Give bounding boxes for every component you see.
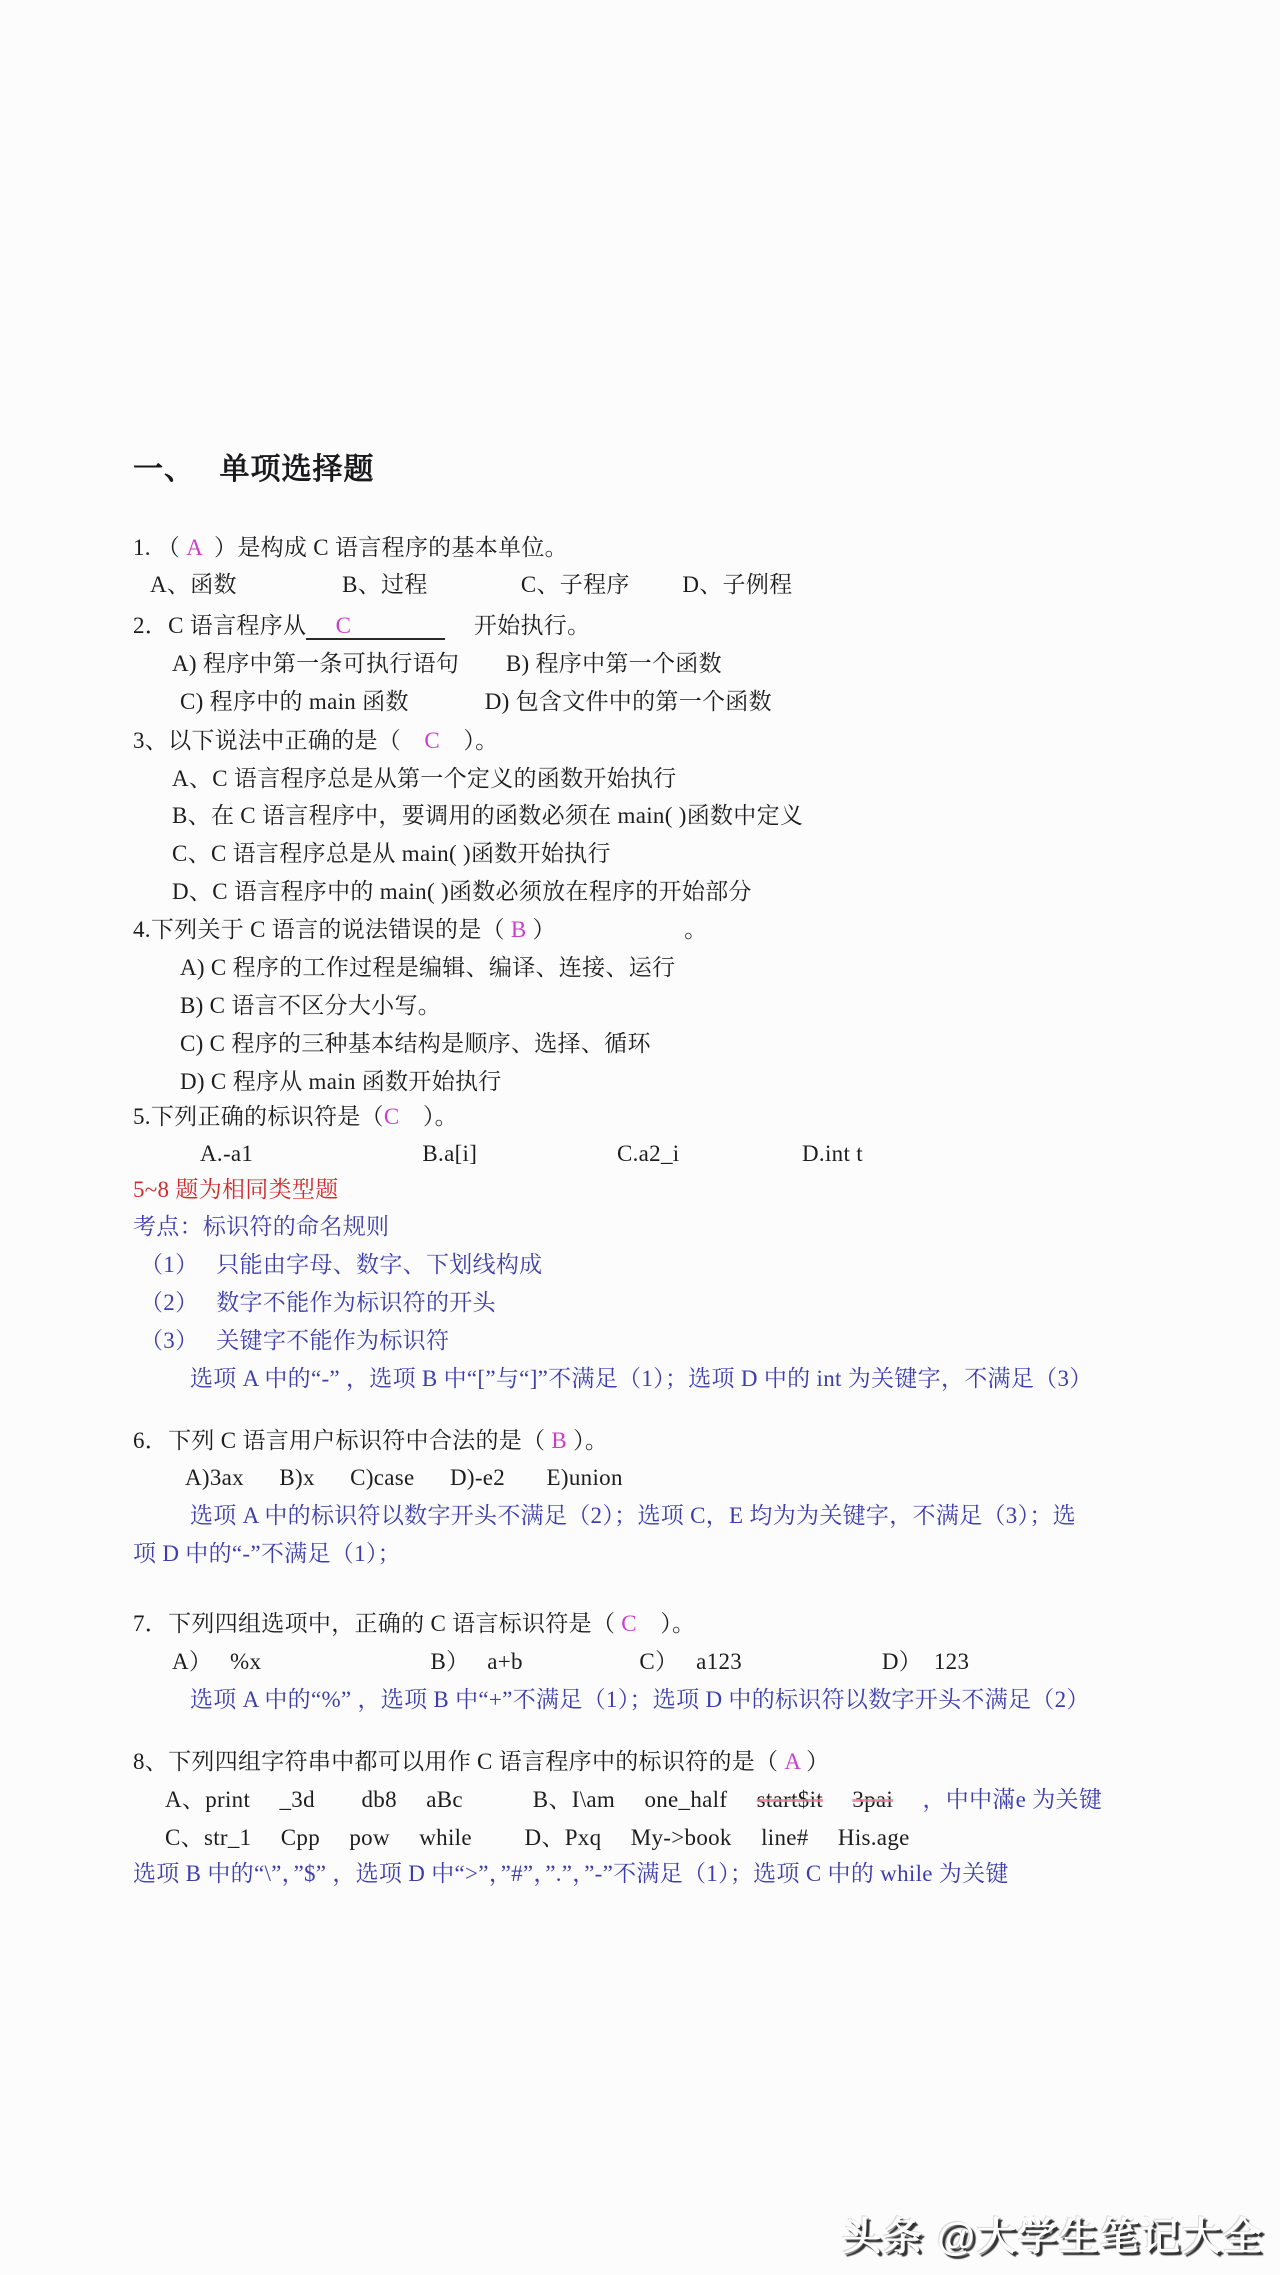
answer-letter: C [621, 1611, 637, 1636]
text-segment: A)3ax B)x C)case D)-e2 E)union [185, 1465, 623, 1490]
text-segment: 1. （ [133, 535, 186, 560]
text-segment: 项 D 中的“-”不满足（1）； [133, 1541, 401, 1566]
text-line: A、C 语言程序总是从第一个定义的函数开始执行 [172, 765, 677, 793]
text-segment: （1） 只能由字母、数字、下划线构成 [140, 1252, 542, 1277]
text-line: 5.下列正确的标识符是（C ）。 [133, 1103, 458, 1131]
text-segment: A、print _3d db8 aBc B、I\am one_half [165, 1787, 757, 1812]
text-segment: A、函数 B、过程 C、子程序 D、子例程 [150, 572, 792, 597]
text-line: 选项 A 中的“-” ，选项 B 中“[”与“]”不满足（1）；选项 D 中的 … [190, 1365, 1093, 1393]
text-line: A)3ax B)x C)case D)-e2 E)union [185, 1464, 623, 1492]
text-line: 选项 B 中的“\”，”$” ，选项 D 中“>”，”#”，”.”，”-”不满足… [133, 1860, 1009, 1888]
text-segment: ）是构成 C 语言程序的基本单位。 [202, 535, 568, 560]
text-line: B) C 语言不区分大小写。 [180, 992, 441, 1020]
text-segment: A、C 语言程序总是从第一个定义的函数开始执行 [172, 766, 677, 791]
watermark-text: 头条 @大学生笔记大全 [842, 2206, 1264, 2262]
text-segment: 2．C 语言程序从 [133, 613, 306, 638]
text-segment: A) 程序中第一条可执行语句 B) 程序中第一个函数 [172, 651, 722, 676]
answer-letter: B [551, 1428, 567, 1453]
text-segment [893, 1787, 922, 1812]
text-segment: C) 程序中的 main 函数 D) 包含文件中的第一个函数 [180, 689, 772, 714]
text-line: A） %x B） a+b C） a123 D） 123 [172, 1648, 969, 1676]
scanned-exam-page: 一、 单项选择题 1. （ A ）是构成 C 语言程序的基本单位。A、函数 B、… [0, 0, 1280, 2275]
text-line: C) 程序中的 main 函数 D) 包含文件中的第一个函数 [180, 688, 772, 716]
text-line: 7．下列四组选项中，正确的 C 语言标识符是（ C ）。 [133, 1610, 695, 1638]
text-segment: （3） 关键字不能作为标识符 [140, 1328, 449, 1353]
text-segment: ）。 [440, 728, 498, 753]
answer-letter: C [336, 613, 352, 640]
text-segment: A.-a1 B.a[i] C.a2_i D.int t [200, 1141, 863, 1166]
text-line: B、在 C 语言程序中，要调用的函数必须在 main( )函数中定义 [172, 802, 803, 830]
text-line: C、str_1 Cpp pow while D、Pxq My->book lin… [165, 1824, 910, 1852]
text-segment: C、C 语言程序总是从 main( )函数开始执行 [172, 841, 611, 866]
text-segment: C) C 程序的三种基本结构是顺序、选择、循环 [180, 1031, 651, 1056]
text-line: 6．下列 C 语言用户标识符中合法的是（ B ）。 [133, 1427, 608, 1455]
text-segment [823, 1787, 852, 1812]
text-segment: 5~8 题为相同类型题 [133, 1177, 339, 1202]
text-segment [306, 613, 335, 640]
answer-letter: A [784, 1749, 800, 1774]
text-segment: 8、下列四组字符串中都可以用作 C 语言程序中的标识符的是（ [133, 1749, 784, 1774]
text-segment: ）。 [637, 1611, 695, 1636]
text-line: 1. （ A ）是构成 C 语言程序的基本单位。 [133, 534, 568, 562]
text-segment: 选项 A 中的“-” ，选项 B 中“[”与“]”不满足（1）；选项 D 中的 … [190, 1366, 1093, 1391]
text-segment: ，中中滿e 为关键 [922, 1787, 1102, 1812]
text-segment: ） 。 [527, 917, 708, 942]
text-segment: 选项 B 中的“\”，”$” ，选项 D 中“>”，”#”，”.”，”-”不满足… [133, 1861, 1009, 1886]
text-segment: （2） 数字不能作为标识符的开头 [140, 1290, 496, 1315]
text-line: C、C 语言程序总是从 main( )函数开始执行 [172, 840, 611, 868]
text-segment: 5.下列正确的标识符是（ [133, 1104, 384, 1129]
text-line: A、函数 B、过程 C、子程序 D、子例程 [150, 571, 792, 599]
text-segment: ）。 [567, 1428, 608, 1453]
text-line: （2） 数字不能作为标识符的开头 [140, 1289, 496, 1317]
answer-letter: C [384, 1104, 400, 1129]
text-segment: D、C 语言程序中的 main( )函数必须放在程序的开始部分 [172, 879, 752, 904]
text-segment: 3、以下说法中正确的是（ [133, 728, 424, 753]
text-line: （1） 只能由字母、数字、下划线构成 [140, 1251, 542, 1279]
text-line: 选项 A 中的“%” ，选项 B 中“+”不满足（1）；选项 D 中的标识符以数… [190, 1686, 1090, 1714]
text-segment: 开始执行。 [445, 613, 591, 638]
page-title: 一、 单项选择题 [133, 444, 375, 488]
text-segment: B、在 C 语言程序中，要调用的函数必须在 main( )函数中定义 [172, 803, 803, 828]
answer-letter: C [424, 728, 440, 753]
text-segment: D) C 程序从 main 函数开始执行 [180, 1069, 502, 1094]
text-segment: A） %x B） a+b C） a123 D） 123 [172, 1649, 969, 1674]
text-line: A、print _3d db8 aBc B、I\am one_half star… [165, 1786, 1102, 1814]
text-line: 8、下列四组字符串中都可以用作 C 语言程序中的标识符的是（ A ） [133, 1748, 829, 1776]
text-line: A) 程序中第一条可执行语句 B) 程序中第一个函数 [172, 650, 722, 678]
text-segment: ） [800, 1749, 829, 1774]
text-segment: 选项 A 中的“%” ，选项 B 中“+”不满足（1）；选项 D 中的标识符以数… [190, 1687, 1090, 1712]
text-segment: 7．下列四组选项中，正确的 C 语言标识符是（ [133, 1611, 621, 1636]
text-segment: A) C 程序的工作过程是编辑、编译、连接、运行 [180, 955, 675, 980]
answer-letter: B [511, 917, 527, 942]
text-line: 3、以下说法中正确的是（ C ）。 [133, 727, 498, 755]
text-segment: 4.下列关于 C 语言的说法错误的是（ [133, 917, 511, 942]
text-segment: ）。 [400, 1104, 458, 1129]
text-line: 2．C 语言程序从 C 开始执行。 [133, 612, 590, 640]
text-line: 项 D 中的“-”不满足（1）； [133, 1540, 401, 1568]
text-line: D) C 程序从 main 函数开始执行 [180, 1068, 502, 1096]
text-segment: 考点：标识符的命名规则 [133, 1214, 389, 1239]
text-segment: 3pai [852, 1787, 893, 1812]
text-line: 4.下列关于 C 语言的说法错误的是（ B ） 。 [133, 916, 707, 944]
text-line: A) C 程序的工作过程是编辑、编译、连接、运行 [180, 954, 675, 982]
text-line: （3） 关键字不能作为标识符 [140, 1327, 449, 1355]
text-segment: C、str_1 Cpp pow while D、Pxq My->book lin… [165, 1825, 910, 1850]
text-segment [351, 613, 444, 640]
text-line: 选项 A 中的标识符以数字开头不满足（2）；选项 C，E 均为为关键字，不满足（… [190, 1502, 1076, 1530]
text-line: D、C 语言程序中的 main( )函数必须放在程序的开始部分 [172, 878, 752, 906]
text-segment: B) C 语言不区分大小写。 [180, 993, 441, 1018]
text-line: C) C 程序的三种基本结构是顺序、选择、循环 [180, 1030, 651, 1058]
answer-letter: A [186, 535, 202, 560]
text-line: 考点：标识符的命名规则 [133, 1213, 389, 1241]
text-line: A.-a1 B.a[i] C.a2_i D.int t [200, 1140, 863, 1168]
text-line: 5~8 题为相同类型题 [133, 1176, 339, 1204]
text-segment: start$it [757, 1787, 823, 1812]
text-segment: 6．下列 C 语言用户标识符中合法的是（ [133, 1428, 551, 1453]
text-segment: 选项 A 中的标识符以数字开头不满足（2）；选项 C，E 均为为关键字，不满足（… [190, 1503, 1076, 1528]
